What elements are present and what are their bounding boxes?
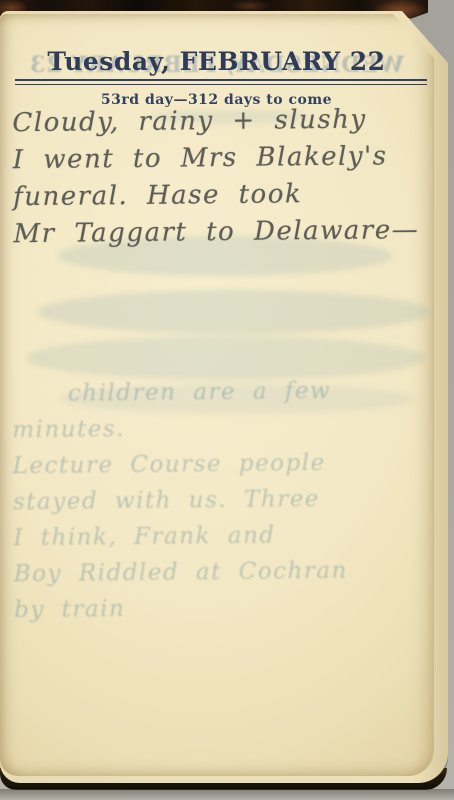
handwritten-entry: Cloudy, rainy + slushy I went to Mrs Bla… [12,101,440,253]
entry-line: funeral. Hase took [13,175,439,216]
entry-line: I went to Mrs Blakely's [13,138,439,179]
page-title-date: Tuesday, FEBRUARY 22 [0,47,433,76]
ghost-entry-line: children are a few [12,372,440,412]
page-content: WEDNESDAY, FEBRUARY 23 Tuesday, FEBRUARY… [0,0,454,800]
entry-line: Mr Taggart to Delaware— [13,212,439,253]
faded-handwritten-entry: children are a few minutes. Lecture Cour… [12,372,443,628]
ghost-entry-line: Lecture Course people [12,444,440,484]
entry-line: Cloudy, rainy + slushy [12,101,438,142]
ghost-entry-line: Boy Riddled at Cochran [14,552,442,592]
ghost-entry-line: minutes. [12,408,440,448]
ghost-entry-line: I think, Frank and [13,516,441,556]
bleed-through-smudge [38,290,430,334]
double-rule-divider [15,79,427,85]
scanned-diary-page: WEDNESDAY, FEBRUARY 23 Tuesday, FEBRUARY… [0,0,454,800]
ghost-entry-line: stayed with us. Three [13,480,441,520]
ghost-entry-line: by train [14,588,442,628]
